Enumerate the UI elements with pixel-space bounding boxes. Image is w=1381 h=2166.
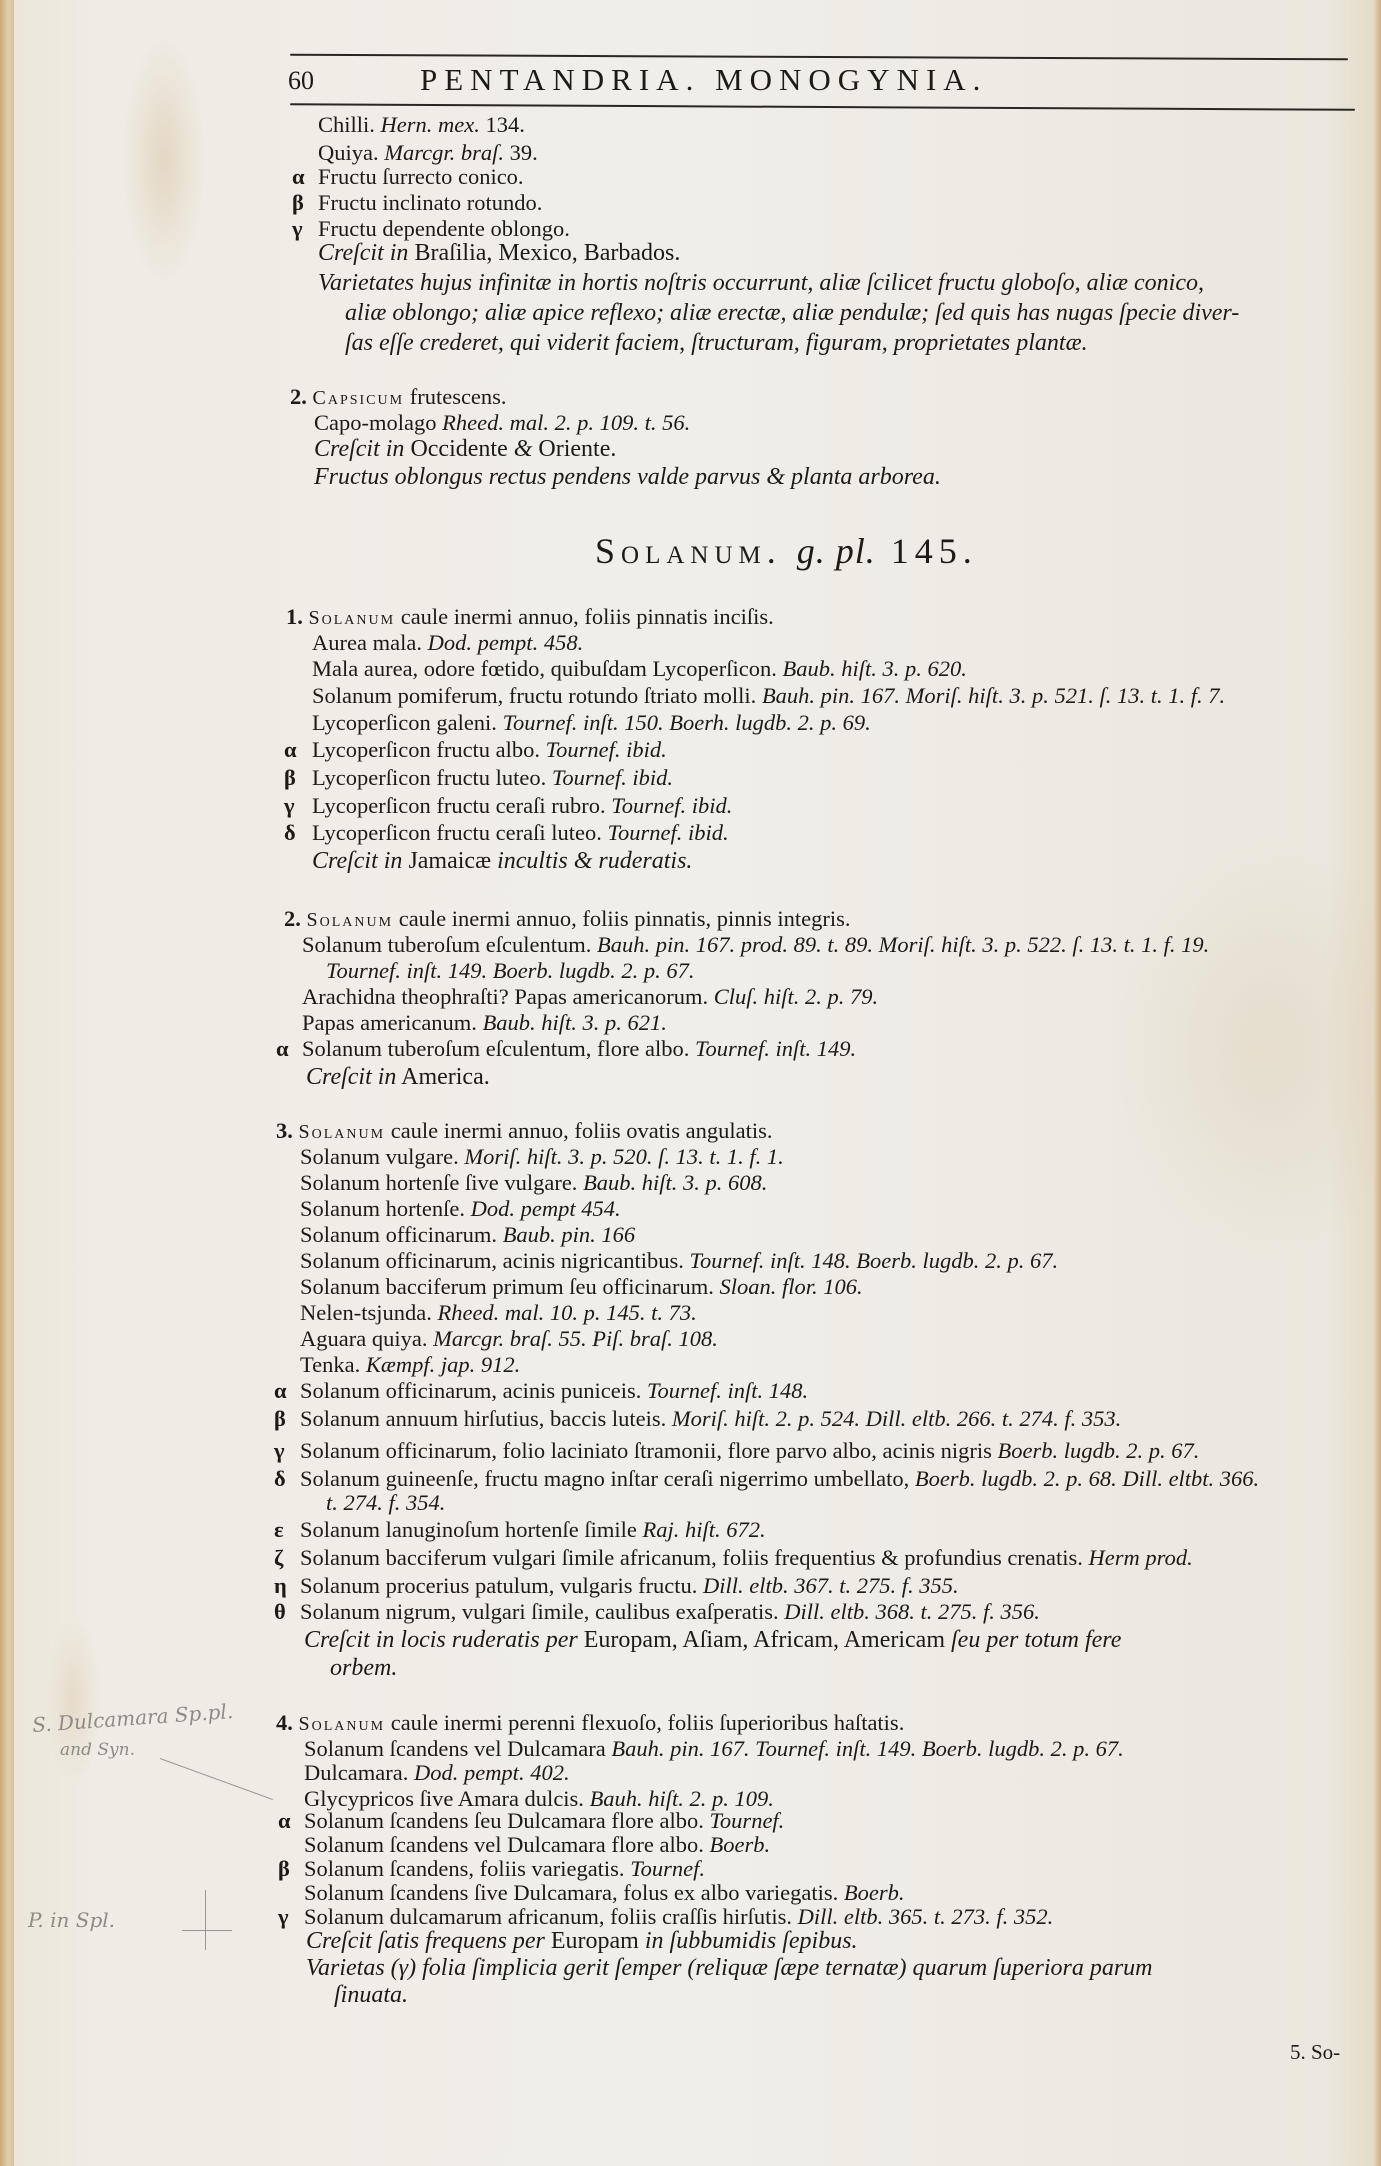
- variety-line: δLycoperſicon fructu ceraſi luteo. Tourn…: [284, 820, 729, 846]
- synonym-line: Lycoperſicon galeni. Tournef. inſt. 150.…: [312, 710, 871, 736]
- synonym-line: Solanum pomiferum, fructu rotundo ſtriat…: [312, 683, 1225, 709]
- variety-mark: β: [292, 190, 318, 216]
- synonym-line: Chilli. Hern. mex. 134.: [318, 112, 525, 138]
- variety-line: βFructu inclinato rotundo.: [292, 190, 542, 216]
- synonym-line: Arachidna theophraſti? Papas americanoru…: [302, 984, 878, 1010]
- note-line: ſinuata.: [334, 1982, 408, 2008]
- variety-line: θSolanum nigrum, vulgari ſimile, caulibu…: [274, 1599, 1040, 1625]
- habitat-line: Creſcit in Occidente & Oriente.: [314, 436, 616, 462]
- synonym-line: Solanum officinarum. Baub. pin. 166: [300, 1222, 635, 1248]
- synonym-line: Mala aurea, odore fœtido, quibuſdam Lyco…: [312, 656, 967, 682]
- catchword: 5. So-: [1290, 2040, 1340, 2065]
- page-edge: [1373, 0, 1381, 2166]
- variety-line: αLycoperſicon fructu albo. Tournef. ibid…: [284, 737, 667, 763]
- margin-note: P. in Spl.: [28, 1908, 115, 1932]
- synonym-line: Nelen-tsjunda. Rheed. mal. 10. p. 145. t…: [300, 1300, 697, 1326]
- synonym-line: Solanum vulgare. Moriſ. hiſt. 3. p. 520.…: [300, 1144, 784, 1170]
- variety-line: αSolanum officinarum, acinis puniceis. T…: [274, 1378, 808, 1404]
- variety-line: εSolanum lanuginoſum hortenſe ſimile Raj…: [274, 1517, 766, 1543]
- variety-mark: γ: [292, 216, 318, 242]
- note-line: Fructus oblongus rectus pendens valde pa…: [314, 464, 941, 490]
- variety-line: αSolanum tuberoſum eſculentum, flore alb…: [276, 1036, 856, 1062]
- species-heading: 4. Solanum caule inermi perenni flexuoſo…: [276, 1710, 904, 1737]
- synonym-line: Solanum ſcandens vel Dulcamara flore alb…: [304, 1832, 770, 1858]
- synonym-line: Dulcamara. Dod. pempt. 402.: [304, 1760, 570, 1786]
- habitat-line: Creſcit in Jamaicæ incultis & ruderatis.: [312, 848, 692, 874]
- synonym-line: Solanum bacciferum primum ſeu officinaru…: [300, 1274, 863, 1300]
- variety-line: γLycoperſicon fructu ceraſi rubro. Tourn…: [284, 793, 732, 819]
- book-spine: [0, 0, 14, 2166]
- running-title: PENTANDRIA. MONOGYNIA.: [420, 62, 987, 98]
- pencil-cross: [182, 1930, 232, 1931]
- species-heading: 3. Solanum caule inermi annuo, foliis ov…: [276, 1118, 773, 1145]
- pencil-cross: [205, 1890, 206, 1950]
- habitat-line: Creſcit in Braſilia, Mexico, Barbados.: [318, 240, 680, 266]
- note-line: Varietates hujus infinitæ in hortis noſt…: [318, 270, 1204, 296]
- habitat-line: Creſcit in America.: [306, 1064, 490, 1090]
- synonym-line: t. 274. f. 354.: [326, 1490, 445, 1516]
- margin-note: and Syn.: [60, 1740, 135, 1760]
- synonym-line: Solanum ſcandens ſive Dulcamara, folus e…: [304, 1880, 904, 1906]
- species-heading: 2. Solanum caule inermi annuo, foliis pi…: [284, 906, 851, 933]
- variety-line: αFructu ſurrecto conico.: [292, 164, 524, 190]
- synonym-line: Solanum ſcandens vel Dulcamara Bauh. pin…: [304, 1736, 1124, 1762]
- synonym-line: Solanum tuberoſum eſculentum. Bauh. pin.…: [302, 932, 1209, 958]
- variety-line: βSolanum ſcandens, foliis variegatis. To…: [278, 1856, 705, 1882]
- variety-line: βSolanum annuum hirſutius, baccis luteis…: [274, 1406, 1121, 1432]
- synonym-line: Solanum officinarum, acinis nigricantibu…: [300, 1248, 1058, 1274]
- synonym-line: Solanum hortenſe ſive vulgare. Baub. hiſ…: [300, 1170, 767, 1196]
- variety-mark: α: [292, 164, 318, 190]
- variety-line: αSolanum ſcandens ſeu Dulcamara flore al…: [278, 1808, 784, 1834]
- habitat-line: Creſcit in locis ruderatis per Europam, …: [304, 1627, 1121, 1653]
- species-heading: 2. Capsicum frutescens.: [290, 384, 507, 411]
- genus-heading: Solanum. g. pl. 145.: [595, 530, 978, 572]
- synonym-line: Quiya. Marcgr. braſ. 39.: [318, 140, 538, 166]
- variety-line: βLycoperſicon fructu luteo. Tournef. ibi…: [284, 765, 673, 791]
- note-line: Varietas (γ) folia ſimplicia gerit ſempe…: [306, 1955, 1153, 1981]
- variety-line: ζSolanum bacciferum vulgari ſimile afric…: [274, 1545, 1193, 1571]
- habitat-line: Creſcit ſatis frequens per Europam in ſu…: [306, 1928, 858, 1954]
- synonym-line: Capo-molago Rheed. mal. 2. p. 109. t. 56…: [314, 410, 690, 436]
- note-line: ſas eſſe crederet, qui viderit faciem, ſ…: [345, 330, 1088, 356]
- variety-line: γSolanum officinarum, folio laciniato ſt…: [274, 1438, 1199, 1464]
- synonym-line: Aguara quiya. Marcgr. braſ. 55. Piſ. bra…: [300, 1326, 718, 1352]
- page-number: 60: [288, 66, 314, 96]
- synonym-line: Aurea mala. Dod. pempt. 458.: [312, 630, 583, 656]
- synonym-line: Solanum hortenſe. Dod. pempt 454.: [300, 1196, 621, 1222]
- note-line: aliæ oblongo; aliæ apice reflexo; aliæ e…: [345, 300, 1239, 326]
- species-heading: 1. Solanum caule inermi annuo, foliis pi…: [286, 604, 774, 631]
- synonym-line: Tenka. Kæmpf. jap. 912.: [300, 1352, 520, 1378]
- synonym-line: Papas americanum. Baub. hiſt. 3. p. 621.: [302, 1010, 667, 1036]
- variety-line: ηSolanum procerius patulum, vulgaris fru…: [274, 1573, 959, 1599]
- habitat-line: orbem.: [330, 1655, 397, 1681]
- variety-line: γSolanum dulcamarum africanum, foliis cr…: [278, 1904, 1053, 1930]
- variety-line: δSolanum guineenſe, fructu magno inſtar …: [274, 1466, 1259, 1492]
- variety-line: γFructu dependente oblongo.: [292, 216, 570, 242]
- synonym-line: Tournef. inſt. 149. Boerb. lugdb. 2. p. …: [326, 958, 695, 984]
